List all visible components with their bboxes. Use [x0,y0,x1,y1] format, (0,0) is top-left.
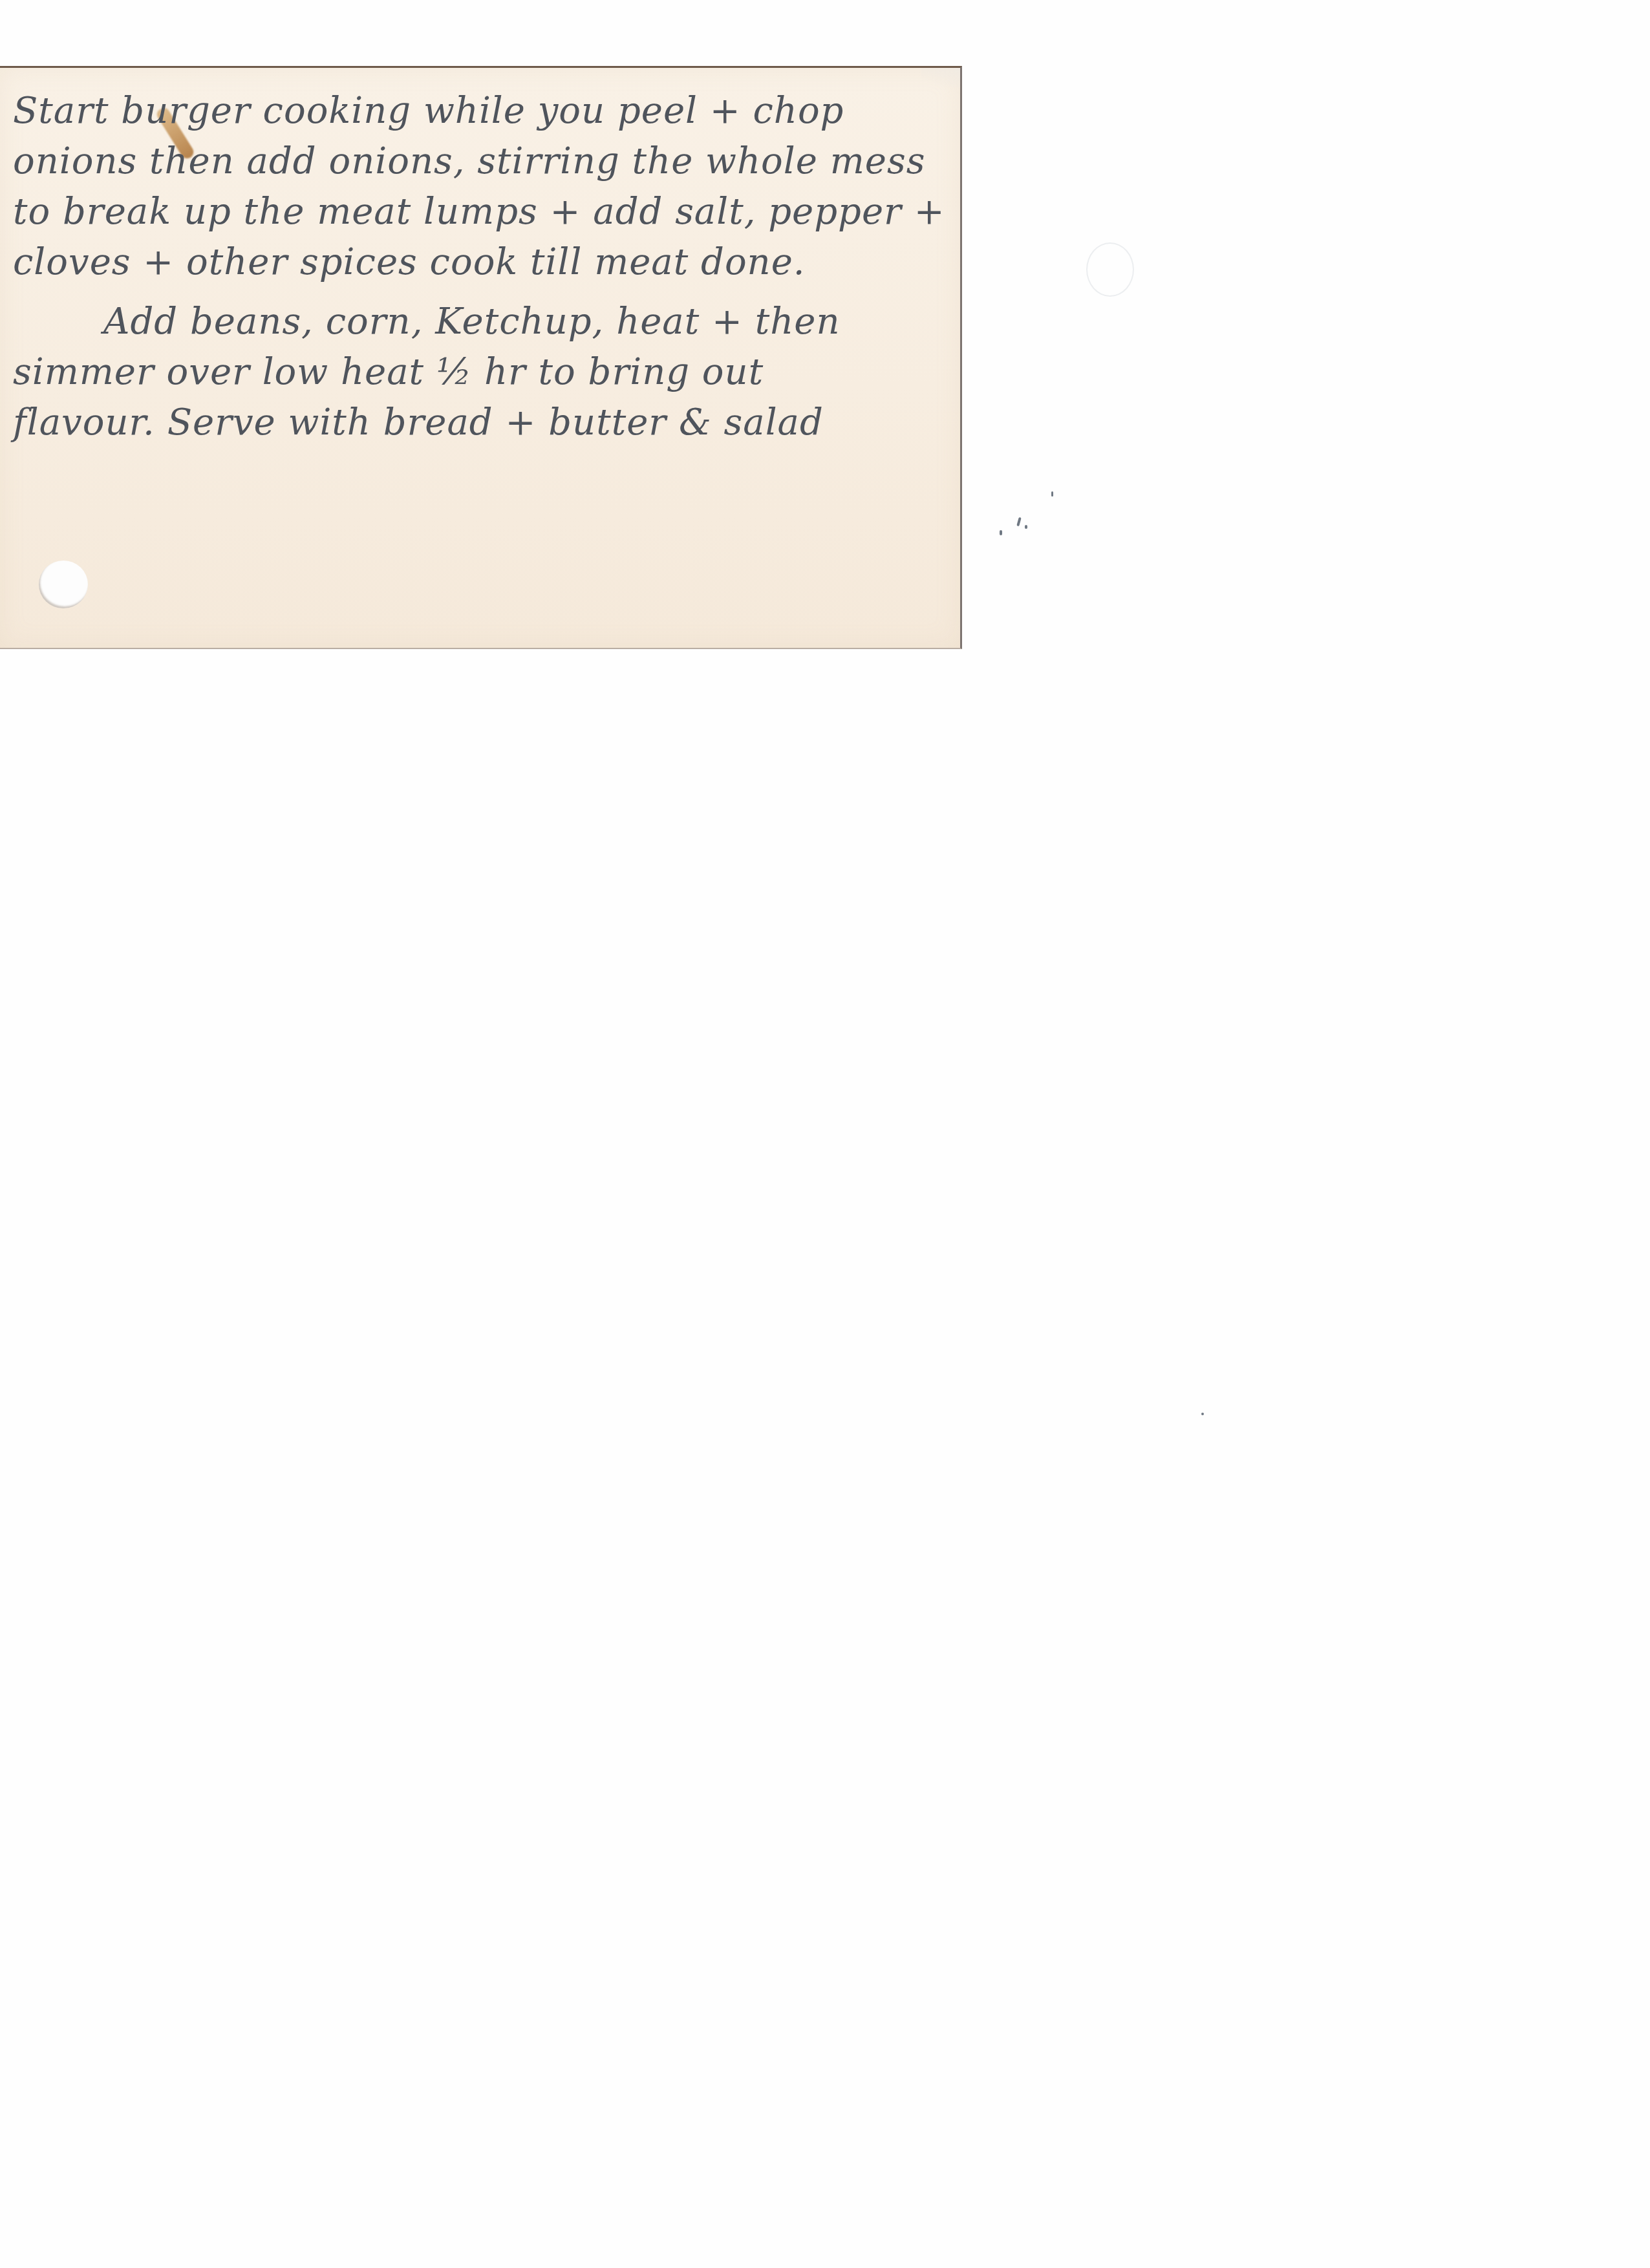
scan-speck [1000,530,1002,535]
punched-hole [39,561,88,608]
scan-speck [1025,525,1027,529]
recipe-instructions: Start burger cooking while you peel + ch… [13,86,944,448]
scanned-page: Start burger cooking while you peel + ch… [0,0,1650,2268]
instruction-line: onions then add onions, stirring the who… [13,136,944,187]
instruction-line: cloves + other spices cook till meat don… [13,237,944,288]
instruction-line: to break up the meat lumps + add salt, p… [13,187,944,237]
worn-corner [921,68,960,87]
instruction-line: flavour. Serve with bread + butter & sal… [13,398,944,448]
recipe-card: Start burger cooking while you peel + ch… [0,66,962,649]
instruction-line: Add beans, corn, Ketchup, heat + then [13,297,944,347]
scan-speck [1051,491,1053,497]
scan-speck [1016,517,1021,527]
scan-speck [1201,1413,1204,1415]
instruction-line: simmer over low heat ½ hr to bring out [13,347,944,398]
scan-artifact-ring [1086,242,1134,297]
instruction-line: Start burger cooking while you peel + ch… [13,86,944,136]
